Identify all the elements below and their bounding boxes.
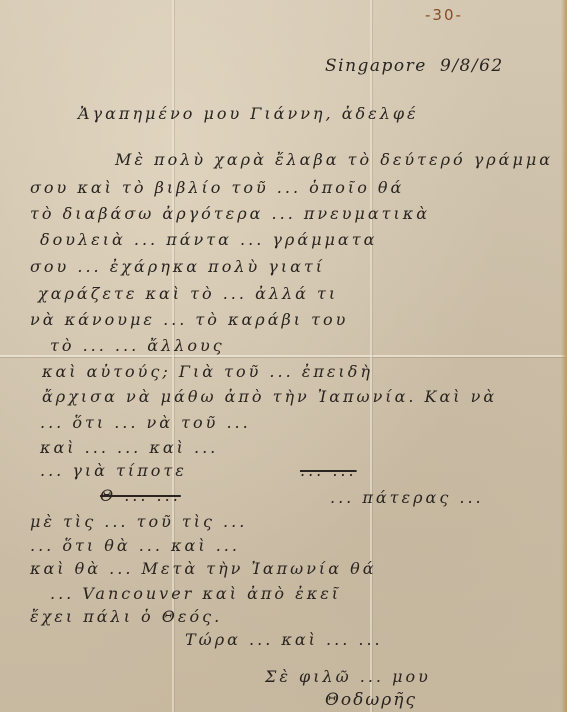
body-line: χαράζετε καὶ τὸ ... ἀλλά τι bbox=[38, 284, 338, 303]
body-line: ... Vancouver καὶ ἀπὸ ἐκεῖ bbox=[50, 584, 341, 603]
body-line: καὶ αὐτούς; Γιὰ τοῦ ... ἐπειδὴ bbox=[42, 362, 373, 381]
body-line: καὶ ... ... καὶ ... bbox=[40, 438, 218, 457]
salutation: Ἀγαπημένο μου Γιάννη, ἀδελφέ bbox=[78, 104, 419, 123]
body-line: ... γιὰ τίποτε bbox=[40, 461, 187, 480]
body-line: ἄρχισα νὰ μάθω ἀπὸ τὴν Ἰαπωνία. Καὶ νὰ bbox=[42, 387, 497, 406]
body-line: δουλειὰ ... πάντα ... γράμματα bbox=[40, 230, 377, 249]
body-line: νὰ κάνουμε ... τὸ καράβι του bbox=[30, 310, 348, 329]
body-line: ... ὅτι θὰ ... καὶ ... bbox=[30, 536, 240, 555]
body-line: τὸ διαβάσω ἀργότερα ... πνευματικὰ bbox=[30, 204, 430, 223]
body-line: σου ... ἐχάρηκα πολὺ γιατί bbox=[30, 257, 325, 276]
body-line: Μὲ πολὺ χαρὰ ἔλαβα τὸ δεύτερό γράμμα bbox=[115, 150, 553, 169]
signature: Θοδωρῆς bbox=[325, 690, 417, 710]
letter-page: -30- Singapore 9/8/62 Ἀγαπημένο μου Γιάν… bbox=[0, 0, 567, 712]
body-line: σου καὶ τὸ βιβλίο τοῦ ... ὁποῖο θά bbox=[30, 178, 404, 197]
struck-through-text: ... ... bbox=[300, 461, 357, 480]
valediction: Σὲ φιλῶ ... μου bbox=[265, 667, 431, 686]
body-line: ἔχει πάλι ὁ Θεός. bbox=[30, 607, 222, 626]
body-line: τὸ ... ... ἄλλους bbox=[50, 336, 225, 355]
letter-place: Singapore bbox=[325, 56, 427, 76]
body-line: ... πάτερας ... bbox=[330, 488, 484, 507]
body-line: ... ὅτι ... νὰ τοῦ ... bbox=[40, 413, 251, 432]
horizontal-fold-line bbox=[0, 355, 567, 357]
body-line: καὶ θὰ ... Μετὰ τὴν Ἰαπωνία θά bbox=[30, 559, 377, 578]
body-line: μὲ τὶς ... τοῦ τὶς ... bbox=[30, 512, 247, 531]
letter-date: 9/8/62 bbox=[440, 56, 504, 76]
page-number: -30- bbox=[425, 6, 463, 24]
closing-line: Τώρα ... καὶ ... ... bbox=[185, 630, 383, 649]
struck-through-text: Θ ... ... bbox=[100, 486, 181, 505]
